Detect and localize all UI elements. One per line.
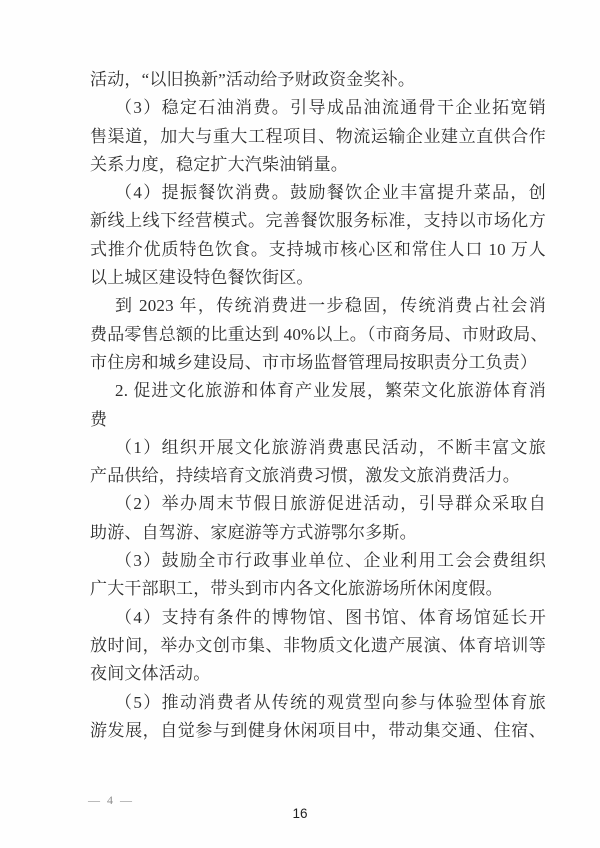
document-line: （1）组织开展文化旅游消费惠民活动，不断丰富文旅 [90,434,546,462]
document-line: 新线上线下经营模式。完善餐饮服务标准，支持以市场化方 [90,207,546,235]
document-line: （2）举办周末节假日旅游促进活动，引导群众采取自 [90,490,546,518]
document-line: 放时间，举办文创市集、非物质文化遗产展演、体育培训等 [90,632,546,660]
document-line: 夜间文体活动。 [90,660,546,688]
document-line: （3）稳定石油消费。引导成品油流通骨干企业拓宽销 [90,94,546,122]
document-line: 市住房和城乡建设局、市市场监督管理局按职责分工负责） [90,349,546,377]
document-line: 助游、自驾游、家庭游等方式游鄂尔多斯。 [90,519,546,547]
document-line: （4）支持有条件的博物馆、图书馆、体育场馆延长开 [90,604,546,632]
document-line: （4）提振餐饮消费。鼓励餐饮企业丰富提升菜品，创 [90,179,546,207]
document-line: 游发展，自觉参与到健身休闲项目中，带动集交通、住宿、 [90,717,546,745]
document-line: 到 2023 年，传统消费进一步稳固，传统消费占社会消 [90,292,546,320]
document-line: 广大干部职工，带头到市内各文化旅游场所休闲度假。 [90,575,546,603]
document-body-text: 活动，“以旧换新”活动给予财政资金奖补。（3）稳定石油消费。引导成品油流通骨干企… [90,66,546,745]
document-line: 以上城区建设特色餐饮街区。 [90,264,546,292]
document-line: 关系力度，稳定扩大汽柴油销量。 [90,151,546,179]
document-page: 活动，“以旧换新”活动给予财政资金奖补。（3）稳定石油消费。引导成品油流通骨干企… [0,0,600,848]
document-line: （5）推动消费者从传统的观赏型向参与体验型体育旅 [90,689,546,717]
document-line: 费 [90,406,546,434]
viewer-page-number: 16 [0,806,600,821]
document-line: 式推介优质特色饮食。支持城市核心区和常住人口 10 万人 [90,236,546,264]
document-line: （3）鼓励全市行政事业单位、企业利用工会会费组织 [90,547,546,575]
document-line: 2. 促进文化旅游和体育产业发展，繁荣文化旅游体育消 [90,377,546,405]
document-line: 产品供给，持续培育文旅消费习惯，激发文旅消费活力。 [90,462,546,490]
document-line: 活动，“以旧换新”活动给予财政资金奖补。 [90,66,546,94]
document-line: 售渠道，加大与重大工程项目、物流运输企业建立直供合作 [90,123,546,151]
document-line: 费品零售总额的比重达到 40%以上。（市商务局、市财政局、 [90,321,546,349]
